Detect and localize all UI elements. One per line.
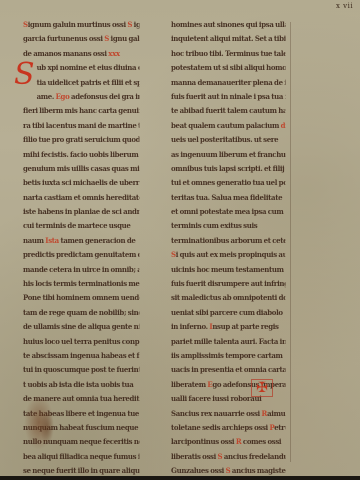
line-text: betis iuxta sci michaelis de uberre: [23, 178, 139, 187]
line-text: tamen generacion de: [59, 236, 136, 245]
text-line: larcipontinus ossi R comes ossi: [171, 435, 285, 449]
text-line: narta castiam et omnis hereditates quas: [23, 191, 139, 205]
text-line: et omni potestate mea ipsa cum: [171, 205, 285, 219]
text-line: mande cetera in uirce in omnib; a: [23, 263, 139, 277]
text-line: te abscissam ingenua habeas et filii: [23, 349, 139, 363]
text-line: his locis termis terminationis mee.: [23, 277, 139, 291]
text-line: tia uidelicet patris et filii et sps sci: [23, 76, 139, 90]
text-line: fuis fuerit aut in ninale i psa tua in: [171, 90, 285, 104]
text-line: se neque fuerit illo in quare aliquis: [23, 464, 139, 476]
line-text: ueis uel posteritatibus. ut sere: [171, 135, 278, 144]
line-text: mihi fecistis. facio uobis liberum tu: [23, 150, 139, 159]
text-line: inquietent aliqui mitat. Set a tibi: [171, 32, 285, 46]
text-line: pariet mille talenta auri. Facta in: [171, 335, 285, 349]
text-line: ra tibi lacentus mani de martine tibi: [23, 119, 139, 133]
line-text: tam de rege quam de nobilib; sine: [23, 308, 139, 317]
rubric-text: Ista: [45, 236, 59, 245]
line-text: tia uidelicet patris et filii et sps sci: [37, 78, 140, 87]
line-text: ueniat sibi parcere cum diabolo: [171, 308, 283, 317]
text-line: as ingenuum liberum et franchum.: [171, 148, 285, 162]
text-line: sit maledictus ab omnipotenti domino: [171, 291, 285, 305]
text-line: beat qualem cautum palacium dnium: [171, 119, 285, 133]
line-text: inquietent aliqui mitat. Set a tibi: [171, 34, 285, 43]
folio-number: x vii: [336, 2, 353, 10]
line-text: comes ossi: [241, 437, 281, 446]
cross-signum: ✠: [251, 379, 273, 397]
text-line: uicinis hoc meum testamentum in: [171, 263, 285, 277]
line-text: ame.: [37, 92, 56, 101]
text-line: bea aliqui filiadica neque fumus ingres: [23, 450, 139, 464]
text-line: terminationibus arborum et cetera.: [171, 234, 285, 248]
line-text: hoc tribuo tibi. Terminus tue talem: [171, 49, 285, 58]
ink-stain: [40, 410, 54, 445]
line-text: te abibad fuerit talem cautum ha: [171, 106, 285, 115]
line-text: fuis fuerit disrumpere aut infringere: [171, 279, 285, 288]
line-text: ancius magister notauit: [230, 466, 285, 475]
line-text: bea aliqui filiadica neque fumus ingres: [23, 452, 139, 461]
text-line: Signum galuin murtinus ossi S ignu: [23, 18, 139, 32]
manuscript-page: x vii S Signum galuin murtinus ossi S ig…: [0, 0, 360, 476]
bottom-border: [0, 476, 360, 480]
line-text: go adefonsus imperator hanc cartam: [212, 380, 285, 389]
text-line: tui in quoscumque post te fuerint tui: [23, 363, 139, 377]
text-line: ame. Ego adefonsus dei gra imperator: [23, 90, 139, 104]
line-text: tui in quoscumque post te fuerint tui: [23, 365, 139, 374]
text-line: in inferno. Insup at parte regis: [171, 320, 285, 334]
line-text: manna demanaueriter plena de inge: [171, 78, 285, 87]
text-line: predictis predictam genuitatem de: [23, 248, 139, 262]
line-text: toletane: [171, 423, 202, 432]
line-text: garcia furtunenus ossi: [23, 34, 104, 43]
line-text: iste habens in planiae de sci andree: [23, 207, 139, 216]
text-line: homines aut sinones qui ipsa ulla: [171, 18, 285, 32]
text-line: uacis in presentia et omnia carta: [171, 363, 285, 377]
line-text: huius loco uel terra penitus conpara: [23, 337, 139, 346]
line-text: nsup at parte regis: [212, 322, 278, 331]
text-line: te abibad fuerit talem cautum ha: [171, 104, 285, 118]
line-text: t uobis ab ista die ista uobis tua: [23, 380, 133, 389]
line-text: fuis fuerit aut in ninale i psa tua in: [171, 92, 285, 101]
line-text: filio tue pro grati seruicium quod: [23, 135, 139, 144]
text-line: iis amplissimis tempore cartam: [171, 349, 285, 363]
line-text: larcipontinus ossi: [171, 437, 236, 446]
text-line: betis iuxta sci michaelis de uberre: [23, 176, 139, 190]
line-text: fieri liberm mis hanc carta genuina: [23, 106, 139, 115]
text-line: potestatem ut si sibi aliqui homo de: [171, 61, 285, 75]
line-text: as ingenuum liberum et franchum.: [171, 150, 285, 159]
line-text: mande cetera in uirce in omnib; a: [23, 265, 139, 274]
line-text: de ullamis sine de aliqua gente nisi: [23, 322, 139, 331]
text-line: filio tue pro grati seruicium quod: [23, 133, 139, 147]
text-line: tui et omnes generatio tua uel pos: [171, 176, 285, 190]
text-line: tam de rege quam de nobilib; sine: [23, 306, 139, 320]
text-line: ueis uel posteritatibus. ut sere: [171, 133, 285, 147]
line-text: ignu: [132, 20, 139, 29]
text-line: toletane sedis archieps ossi Petrus: [171, 421, 285, 435]
text-line: huius loco uel terra penitus conpara: [23, 335, 139, 349]
line-text: liberatem: [171, 380, 207, 389]
text-line: omnibus tuis lapsi scripti. et filij: [171, 162, 285, 176]
line-text: potestatem ut si sibi aliqui homo de: [171, 63, 285, 72]
line-text: cui terminis de martece usque: [23, 221, 130, 230]
text-line: hoc tribuo tibi. Terminus tue talem: [171, 47, 285, 61]
text-line: genuium mis uillis casas quas mihi ha: [23, 162, 139, 176]
text-line: ub xpi nomine et eius diuina clemen: [23, 61, 139, 75]
text-line: de amanos manans ossi xxx: [23, 47, 139, 61]
line-text: naum: [23, 236, 45, 245]
text-line: de ullamis sine de aliqua gente nisi: [23, 320, 139, 334]
text-line: Si quis aut ex meis propinquis aut ex: [171, 248, 285, 262]
line-text: beat qualem cautum palacium: [171, 121, 281, 130]
line-text: liberatis ossi: [171, 452, 218, 461]
text-line: Gunzalues ossi S ancius magister notauit: [171, 464, 285, 476]
line-text: ualli facere iussi: [171, 394, 230, 403]
line-text: narta castiam et omnis hereditates quas: [23, 193, 139, 202]
line-text: omnibus tuis lapsi scripti. et filij: [171, 164, 284, 173]
line-text: in inferno.: [171, 322, 209, 331]
line-text: ancius fredelandus ossi: [222, 452, 285, 461]
rubric-text: xxx: [108, 49, 119, 58]
text-line: garcia furtunenus ossi S ignu galin: [23, 32, 139, 46]
column-ruling-line: [290, 22, 291, 462]
text-line: iste habens in planiae de sci andree: [23, 205, 139, 219]
text-line: t uobis ab ista die ista uobis tua: [23, 378, 139, 392]
text-line: liberatis ossi S ancius fredelandus ossi…: [171, 450, 285, 464]
right-text-column: homines aut sinones qui ipsa ullainquiet…: [171, 18, 289, 476]
line-text: uacis in presentia et omnia carta: [171, 365, 285, 374]
line-text: ignum galuin murtinus ossi: [28, 20, 128, 29]
line-text: ub xpi nomine et eius diuina clemen: [37, 63, 140, 72]
line-text: homines aut sinones qui ipsa ulla: [171, 20, 285, 29]
text-line: fieri liberm mis hanc carta genuina: [23, 104, 139, 118]
line-text: Gunzalues ossi: [171, 466, 226, 475]
line-text: te abscissam ingenua habeas et filii: [23, 351, 139, 360]
line-text: se neque fuerit illo in quare aliquis: [23, 466, 139, 475]
line-text: terminis cum exitus suis: [171, 221, 257, 230]
text-line: ueniat sibi parcere cum diabolo: [171, 306, 285, 320]
text-line: naum Ista tamen generacion de: [23, 234, 139, 248]
line-text: et omni potestate mea ipsa cum: [171, 207, 283, 216]
line-text: Sancius rex nauarrie ossi: [171, 409, 261, 418]
line-text: ra tibi lacentus mani de martine tibi: [23, 121, 139, 130]
line-text: genuium mis uillis casas quas mihi ha: [23, 164, 139, 173]
line-text: i quis aut ex meis propinquis aut ex: [176, 250, 286, 259]
text-line: mihi fecistis. facio uobis liberum tu: [23, 148, 139, 162]
line-text: teritas tua. Salua mea fidelitate: [171, 193, 282, 202]
text-line: fuis fuerit disrumpere aut infringere: [171, 277, 285, 291]
line-text: etrus: [274, 423, 285, 432]
rubric-text: Ego: [56, 92, 70, 101]
line-text: terminationibus arborum et cetera.: [171, 236, 285, 245]
line-text: his locis termis terminationis mee.: [23, 279, 139, 288]
text-line: cui terminis de martece usque: [23, 219, 139, 233]
line-text: predictis predictam genuitatem de: [23, 250, 139, 259]
line-text: ignu galin: [109, 34, 139, 43]
line-text: tui et omnes generatio tua uel pos: [171, 178, 285, 187]
line-text: Pone tibi hominem omnem uendendum: [23, 293, 139, 302]
text-line: manna demanaueriter plena de inge: [171, 76, 285, 90]
line-text: sit maledictus ab omnipotenti domino: [171, 293, 285, 302]
text-line: Pone tibi hominem omnem uendendum: [23, 291, 139, 305]
text-line: terminis cum exitus suis: [171, 219, 285, 233]
text-line: Sancius rex nauarrie ossi Raimundus: [171, 407, 285, 421]
text-line: teritas tua. Salua mea fidelitate: [171, 191, 285, 205]
line-text: uicinis hoc meum testamentum in: [171, 265, 285, 274]
line-text: adefonsus dei gra imperator: [69, 92, 139, 101]
line-text: iis amplissimis tempore cartam: [171, 351, 283, 360]
line-text: sedis archieps ossi: [202, 423, 269, 432]
line-text: de amanos manans ossi: [23, 49, 108, 58]
line-text: aimundus: [267, 409, 285, 418]
line-text: pariet mille talenta auri. Facta in: [171, 337, 285, 346]
